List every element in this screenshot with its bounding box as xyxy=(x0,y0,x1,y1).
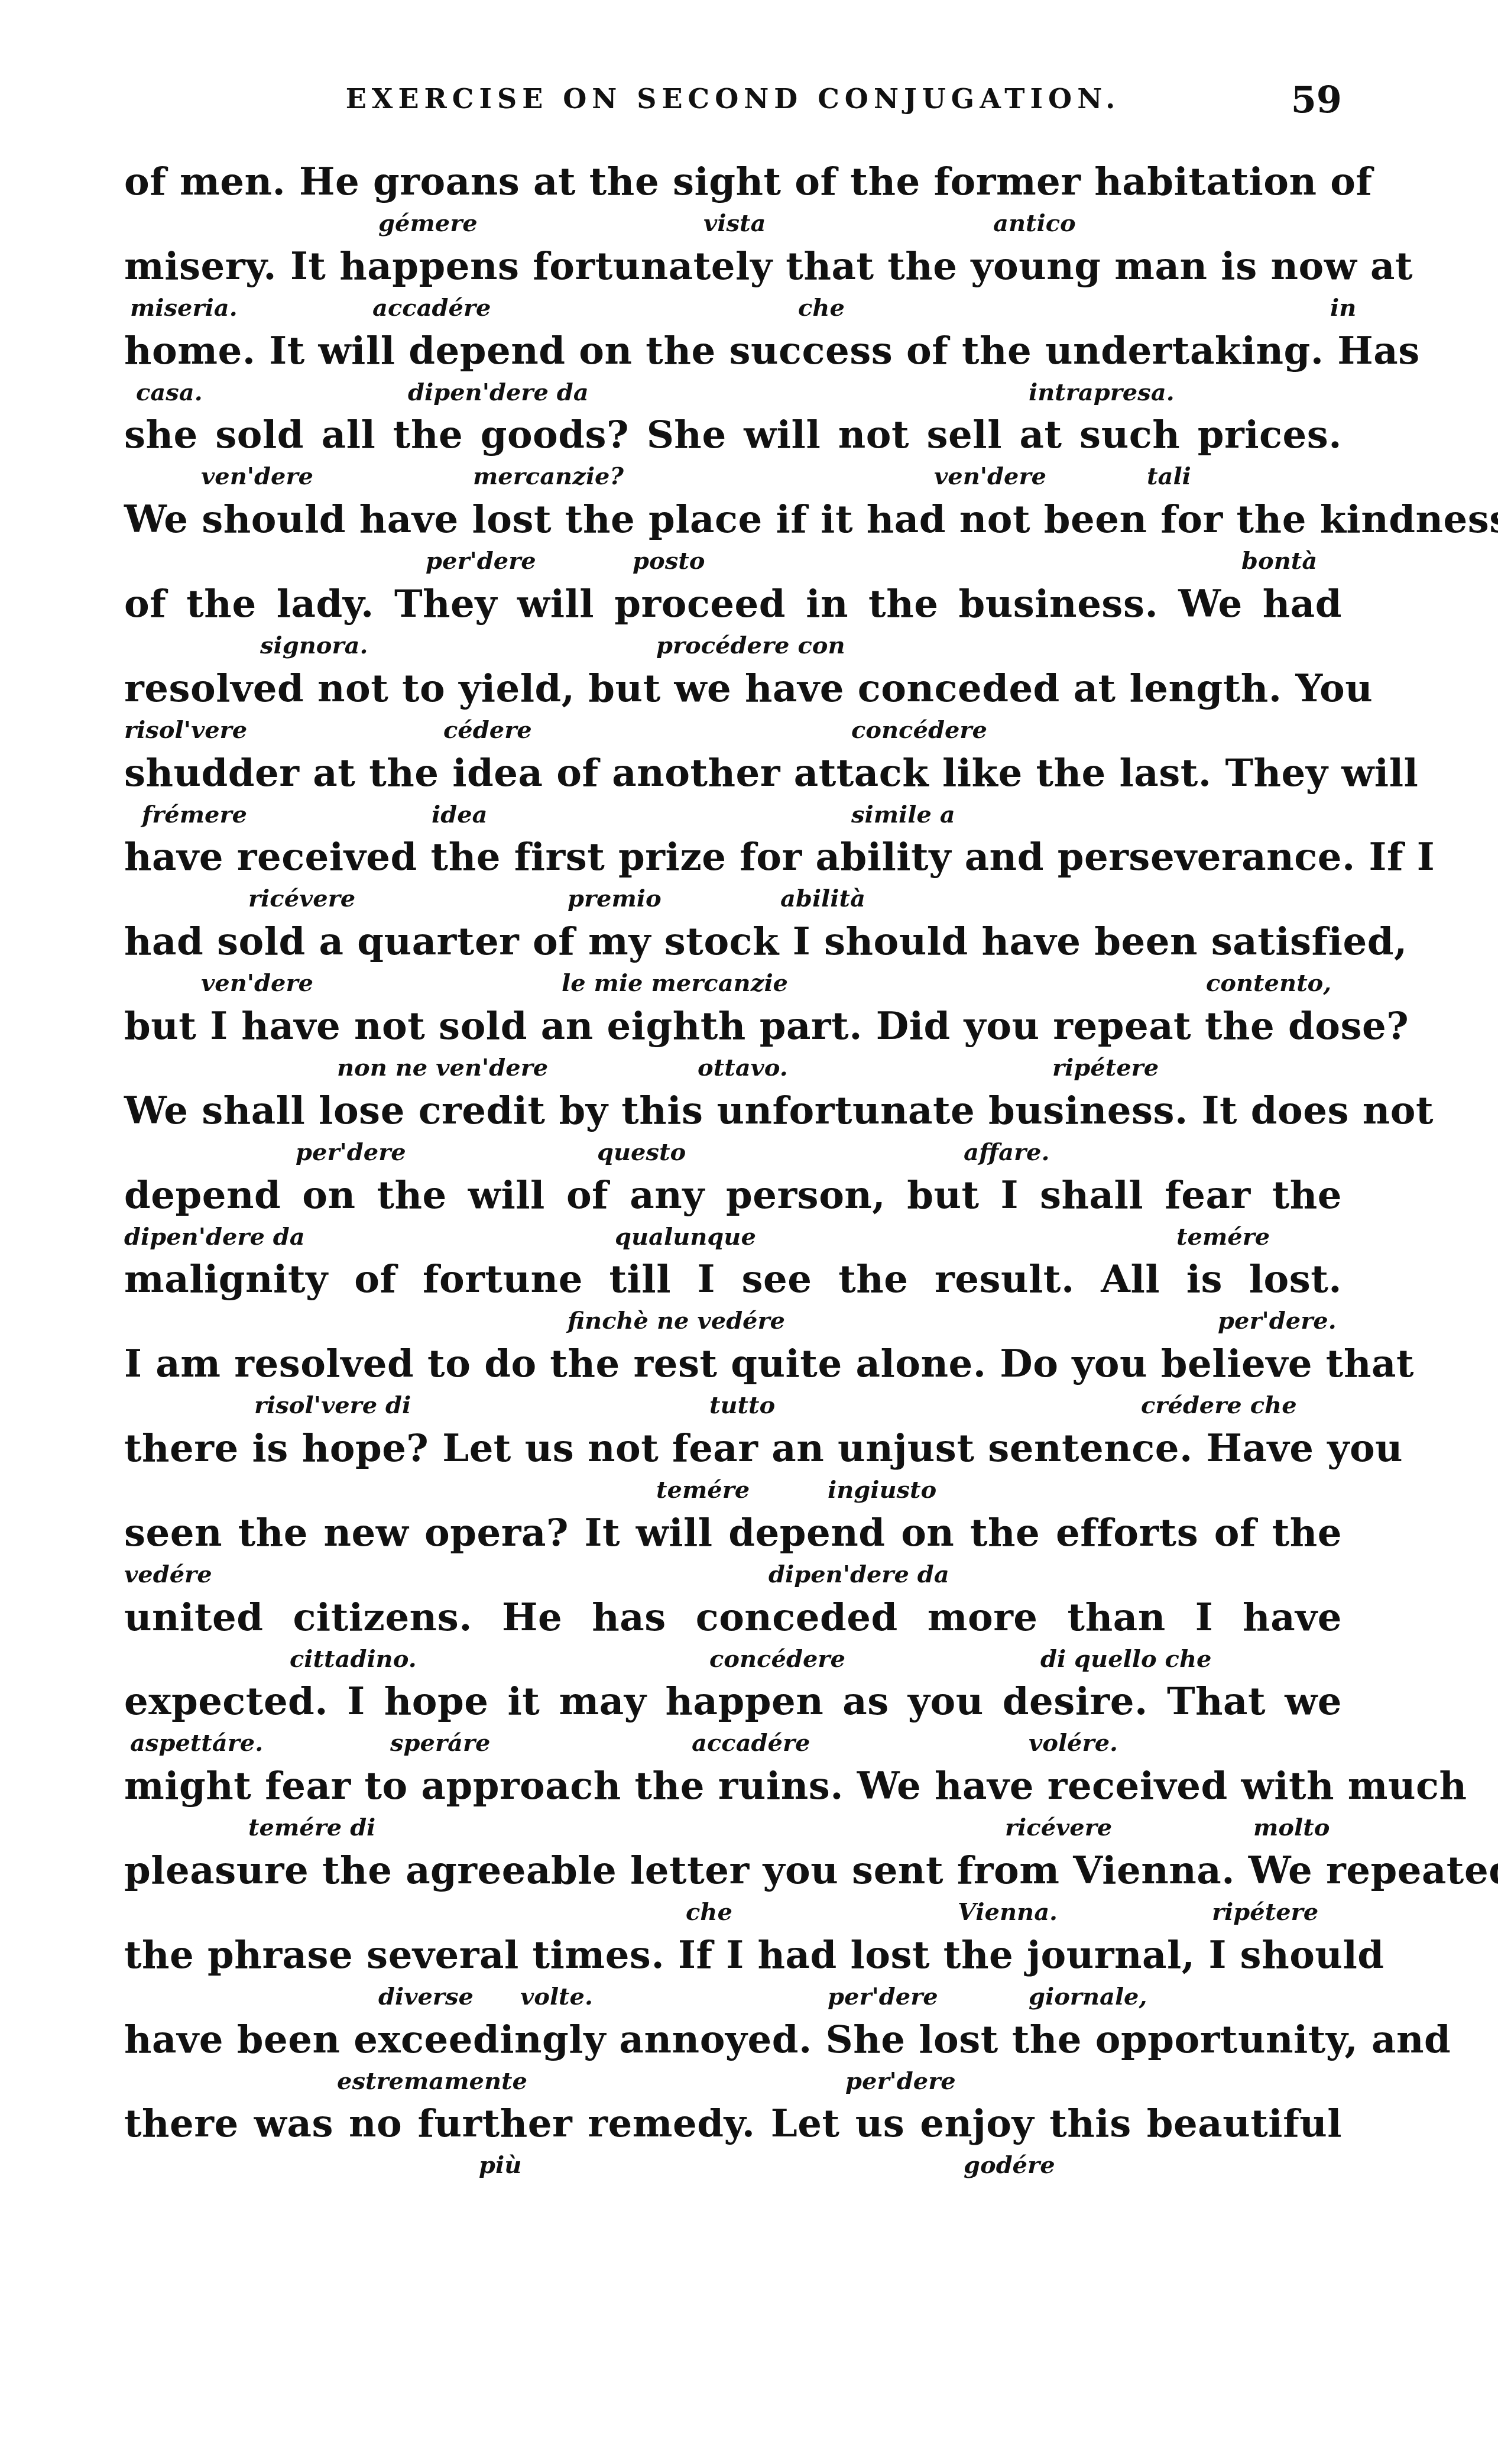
italian-gloss-line: temére diricéveremolto xyxy=(124,1814,1342,1842)
english-sentence-line: might fear to approach the ruins. We hav… xyxy=(124,1763,1342,1810)
english-sentence-line: We should have lost the place if it had … xyxy=(124,496,1342,543)
italian-gloss: intrapresa. xyxy=(1029,378,1175,407)
italian-gloss-line: ven'deremercanzie?ven'deretali xyxy=(124,462,1342,491)
italian-gloss: speráre xyxy=(390,1729,490,1757)
italian-gloss: in xyxy=(1330,294,1356,322)
english-sentence-line: of men. He groans at the sight of the fo… xyxy=(124,158,1342,206)
italian-gloss: le mie mercanzie xyxy=(562,969,788,998)
italian-gloss: antico xyxy=(993,209,1076,238)
text-line-block: depend on the will of any person, but I … xyxy=(124,1172,1342,1257)
italian-gloss: concédere xyxy=(851,716,987,744)
italian-gloss: tali xyxy=(1147,462,1191,491)
italian-gloss: aspettáre. xyxy=(130,1729,263,1757)
english-sentence-line: pleasure the agreeable letter you sent f… xyxy=(124,1847,1342,1895)
text-line-block: I am resolved to do the rest quite alone… xyxy=(124,1341,1342,1425)
italian-gloss-line: frémereideasimile a xyxy=(124,801,1342,829)
text-line-block: pleasure the agreeable letter you sent f… xyxy=(124,1847,1342,1932)
italian-gloss-line: piùgodére xyxy=(124,2151,1342,2180)
italian-gloss: tutto xyxy=(709,1391,775,1420)
italian-gloss: ripétere xyxy=(1212,1898,1318,1926)
english-sentence-line: We shall lose credit by this unfortunate… xyxy=(124,1087,1342,1135)
english-sentence-line: expected. I hope it may happen as you de… xyxy=(124,1678,1342,1725)
italian-gloss: godére xyxy=(964,2151,1055,2180)
italian-gloss: ricévere xyxy=(1005,1814,1112,1842)
italian-gloss-line: cheVienna.ripétere xyxy=(124,1898,1342,1926)
italian-gloss-line: risol'vere dituttocrédere che xyxy=(124,1391,1342,1420)
italian-gloss: dipen'dere da xyxy=(124,1223,305,1251)
italian-gloss: che xyxy=(686,1898,732,1926)
italian-gloss: Vienna. xyxy=(958,1898,1058,1926)
text-line-block: but I have not sold an eighth part. Did … xyxy=(124,1003,1342,1087)
italian-gloss: dipen'dere da xyxy=(769,1560,949,1589)
italian-gloss: più xyxy=(479,2151,521,2180)
italian-gloss: premio xyxy=(568,885,662,913)
italian-gloss: di quello che xyxy=(1040,1645,1211,1673)
text-line-block: there was no further remedy. Let us enjo… xyxy=(124,2100,1342,2185)
italian-gloss: gémere xyxy=(378,209,478,238)
text-line-block: seen the new opera? It will depend on th… xyxy=(124,1510,1342,1594)
text-line-block: malignity of fortune till I see the resu… xyxy=(124,1256,1342,1341)
english-sentence-line: depend on the will of any person, but I … xyxy=(124,1172,1342,1219)
text-line-block: have received the first prize for abilit… xyxy=(124,834,1342,918)
text-line-block: shudder at the idea of another attack li… xyxy=(124,750,1342,834)
page-number: 59 xyxy=(1291,78,1342,121)
italian-gloss-line: per'derequestoaffare. xyxy=(124,1138,1342,1167)
text-line-block: have been exceedingly annoyed. She lost … xyxy=(124,2016,1342,2101)
text-line-block: the phrase several times. If I had lost … xyxy=(124,1932,1342,2016)
italian-gloss-line: risol'verecédereconcédere xyxy=(124,716,1342,744)
italian-gloss: frémere xyxy=(142,801,247,829)
italian-gloss: per'dere xyxy=(296,1138,406,1167)
italian-gloss: molto xyxy=(1253,1814,1330,1842)
book-page: EXERCISE ON SECOND CONJUGATION. 59 of me… xyxy=(0,0,1498,2464)
italian-gloss: per'dere. xyxy=(1218,1307,1337,1335)
italian-gloss-line: miseria.accadérechein xyxy=(124,294,1342,322)
english-sentence-line: the phrase several times. If I had lost … xyxy=(124,1932,1342,1979)
italian-gloss: mercanzie? xyxy=(473,462,624,491)
english-sentence-line: there was no further remedy. Let us enjo… xyxy=(124,2100,1342,2148)
italian-gloss-line: estremamenteper'dere xyxy=(124,2067,1342,2096)
italian-gloss: che xyxy=(798,294,845,322)
text-line-block: misery. It happens fortunately that the … xyxy=(124,243,1342,328)
italian-gloss-line: dipen'dere daqualunquetemére xyxy=(124,1223,1342,1251)
italian-gloss: idea xyxy=(432,801,488,829)
italian-gloss: procédere con xyxy=(656,632,845,660)
italian-gloss: ingiusto xyxy=(828,1476,936,1504)
italian-gloss: volte. xyxy=(520,1983,593,2011)
english-sentence-line: had sold a quarter of my stock I should … xyxy=(124,918,1342,966)
italian-gloss: finchè ne vedére xyxy=(568,1307,785,1335)
exercise-body: of men. He groans at the sight of the fo… xyxy=(124,158,1342,2185)
english-sentence-line: seen the new opera? It will depend on th… xyxy=(124,1510,1342,1557)
italian-gloss: volére. xyxy=(1029,1729,1118,1757)
text-line-block: resolved not to yield, but we have conce… xyxy=(124,665,1342,750)
italian-gloss: accadére xyxy=(372,294,491,322)
italian-gloss-line: per'derepostobontà xyxy=(124,547,1342,575)
italian-gloss: ven'dere xyxy=(201,969,313,998)
italian-gloss: risol'vere di xyxy=(254,1391,411,1420)
text-line-block: there is hope? Let us not fear an unjust… xyxy=(124,1425,1342,1510)
italian-gloss-line: cittadino.concéderedi quello che xyxy=(124,1645,1342,1673)
text-line-block: she sold all the goods? She will not sel… xyxy=(124,412,1342,496)
text-line-block: of men. He groans at the sight of the fo… xyxy=(124,158,1342,243)
italian-gloss: abilità xyxy=(780,885,865,913)
english-sentence-line: united citizens. He has conceded more th… xyxy=(124,1594,1342,1641)
english-sentence-line: shudder at the idea of another attack li… xyxy=(124,750,1342,797)
italian-gloss: vedére xyxy=(124,1560,212,1589)
english-sentence-line: malignity of fortune till I see the resu… xyxy=(124,1256,1342,1303)
italian-gloss: ricévere xyxy=(248,885,355,913)
italian-gloss: posto xyxy=(633,547,705,575)
italian-gloss: dipen'dere da xyxy=(408,378,589,407)
english-sentence-line: there is hope? Let us not fear an unjust… xyxy=(124,1425,1342,1472)
italian-gloss: per'dere xyxy=(426,547,536,575)
italian-gloss: miseria. xyxy=(130,294,238,322)
text-line-block: We shall lose credit by this unfortunate… xyxy=(124,1087,1342,1172)
english-sentence-line: she sold all the goods? She will not sel… xyxy=(124,412,1342,459)
english-sentence-line: resolved not to yield, but we have conce… xyxy=(124,665,1342,713)
english-sentence-line: misery. It happens fortunately that the … xyxy=(124,243,1342,290)
text-line-block: home. It will depend on the success of t… xyxy=(124,328,1342,412)
italian-gloss: vista xyxy=(703,209,766,238)
italian-gloss-line: aspettáre.speráreaccadérevolére. xyxy=(124,1729,1342,1757)
italian-gloss: bontà xyxy=(1241,547,1317,575)
italian-gloss-line: diversevolte.per'deregiornale, xyxy=(124,1983,1342,2011)
italian-gloss: questo xyxy=(597,1138,686,1167)
italian-gloss: ottavo. xyxy=(698,1054,788,1082)
italian-gloss-line: gémerevistaantico xyxy=(124,209,1342,238)
running-title: EXERCISE ON SECOND CONJUGATION. xyxy=(124,83,1342,115)
italian-gloss: per'dere xyxy=(828,1983,938,2011)
italian-gloss: ven'dere xyxy=(934,462,1046,491)
text-line-block: might fear to approach the ruins. We hav… xyxy=(124,1763,1342,1847)
italian-gloss: contento, xyxy=(1206,969,1331,998)
english-sentence-line: home. It will depend on the success of t… xyxy=(124,328,1342,375)
italian-gloss: giornale, xyxy=(1029,1983,1147,2011)
italian-gloss-line: vedéredipen'dere da xyxy=(124,1560,1342,1589)
italian-gloss: qualunque xyxy=(615,1223,756,1251)
english-sentence-line: I am resolved to do the rest quite alone… xyxy=(124,1341,1342,1388)
italian-gloss: cittadino. xyxy=(290,1645,417,1673)
italian-gloss: casa. xyxy=(136,378,203,407)
italian-gloss: temére xyxy=(656,1476,750,1504)
text-line-block: had sold a quarter of my stock I should … xyxy=(124,918,1342,1003)
italian-gloss-line: signora.procédere con xyxy=(124,632,1342,660)
italian-gloss: simile a xyxy=(851,801,955,829)
running-head: EXERCISE ON SECOND CONJUGATION. 59 xyxy=(124,83,1342,130)
italian-gloss: temére di xyxy=(248,1814,375,1842)
italian-gloss: non ne ven'dere xyxy=(337,1054,548,1082)
english-sentence-line: have been exceedingly annoyed. She lost … xyxy=(124,2016,1342,2064)
italian-gloss: accadére xyxy=(692,1729,810,1757)
italian-gloss: ripétere xyxy=(1052,1054,1159,1082)
text-line-block: of the lady. They will proceed in the bu… xyxy=(124,581,1342,665)
italian-gloss: ven'dere xyxy=(201,462,313,491)
italian-gloss-line: non ne ven'dereottavo.ripétere xyxy=(124,1054,1342,1082)
italian-gloss: risol'vere xyxy=(124,716,247,744)
italian-gloss: crédere che xyxy=(1141,1391,1297,1420)
italian-gloss: diverse xyxy=(378,1983,474,2011)
italian-gloss-line: finchè ne vedéreper'dere. xyxy=(124,1307,1342,1335)
italian-gloss: signora. xyxy=(260,632,368,660)
text-line-block: united citizens. He has conceded more th… xyxy=(124,1594,1342,1679)
english-sentence-line: of the lady. They will proceed in the bu… xyxy=(124,581,1342,628)
italian-gloss: temére xyxy=(1176,1223,1270,1251)
text-line-block: expected. I hope it may happen as you de… xyxy=(124,1678,1342,1763)
text-line-block: We should have lost the place if it had … xyxy=(124,496,1342,581)
italian-gloss: affare. xyxy=(964,1138,1049,1167)
italian-gloss-line: ven'derele mie mercanziecontento, xyxy=(124,969,1342,998)
italian-gloss-line: casa.dipen'dere daintrapresa. xyxy=(124,378,1342,407)
italian-gloss: concédere xyxy=(709,1645,845,1673)
italian-gloss-line: teméreingiusto xyxy=(124,1476,1342,1504)
italian-gloss: cédere xyxy=(443,716,532,744)
english-sentence-line: have received the first prize for abilit… xyxy=(124,834,1342,881)
english-sentence-line: but I have not sold an eighth part. Did … xyxy=(124,1003,1342,1050)
italian-gloss-line: ricéverepremioabilità xyxy=(124,885,1342,913)
italian-gloss: per'dere xyxy=(845,2067,956,2096)
italian-gloss: estremamente xyxy=(337,2067,527,2096)
